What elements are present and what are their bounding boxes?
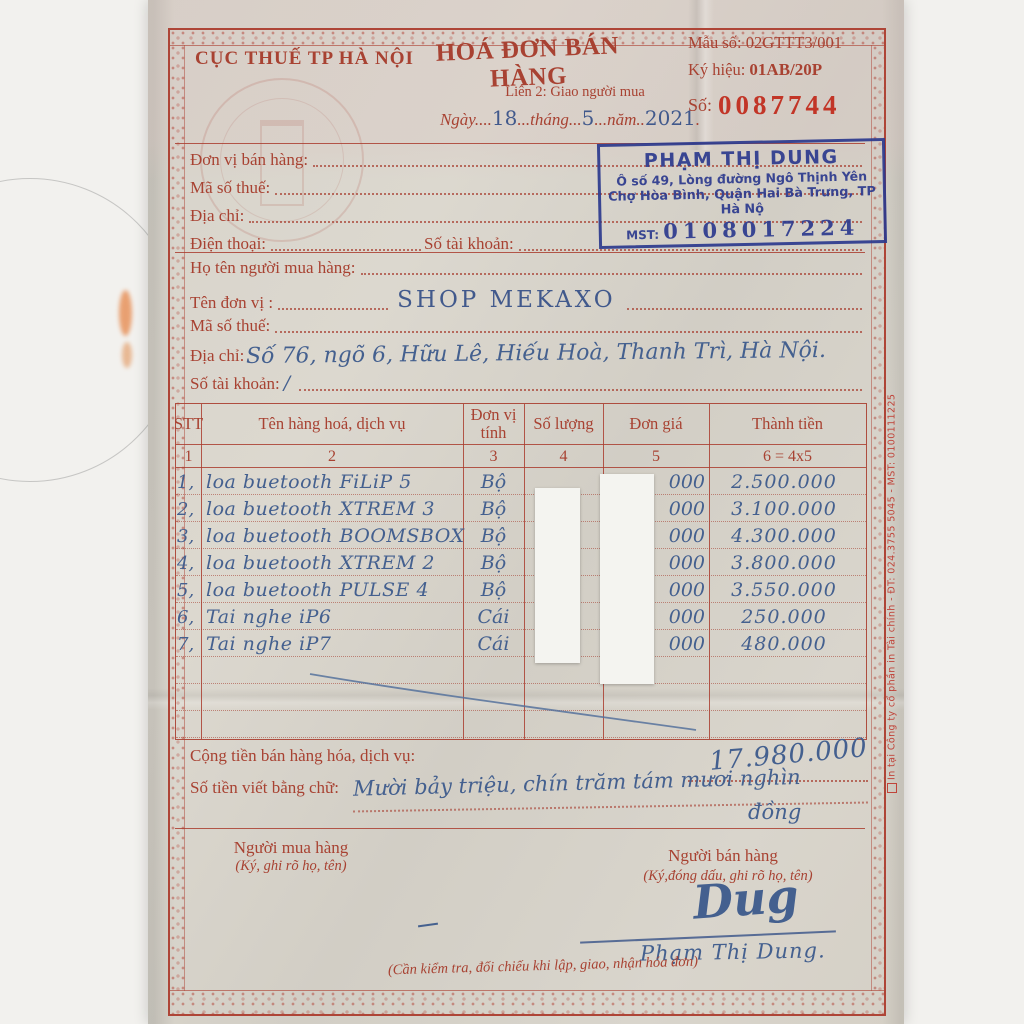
form-label: Mẫu số: (688, 33, 746, 52)
total-line: Cộng tiền bán hàng hóa, dịch vụ: (190, 746, 690, 766)
buyer-signature-title: Người mua hàng (206, 838, 376, 858)
tax-office-name: CỤC THUẾ TP HÀ NỘI (195, 48, 414, 70)
col-header-qty: Số lượng (524, 404, 603, 444)
row-amount: 480.000 (709, 633, 859, 655)
printer-credit-text: In tại Công ty cổ phần in Tài chính - ĐT… (887, 394, 898, 780)
invoice-paper: CỤC THUẾ TP HÀ NỘI HOÁ ĐƠN BÁN HÀNG Liên… (148, 0, 904, 1024)
seller-phone-label: Điện thoại: (190, 234, 266, 254)
row-unit: Bộ (463, 471, 524, 493)
seller-signature-title: Người bán hàng (638, 846, 808, 866)
seller-tax-label: Mã số thuế: (190, 178, 270, 198)
table-row: 7, Tai nghe iP7 Cái 000 480.000 (176, 629, 866, 657)
row-unit: Bộ (463, 579, 524, 601)
buyer-account-value: / (284, 372, 290, 394)
date-month: 5 (582, 106, 595, 130)
amount-in-words-line: Số tiền viết bằng chữ: (190, 778, 350, 798)
buyer-unit-label: Tên đơn vị : (190, 293, 273, 313)
col-header-name: Tên hàng hoá, dịch vụ (201, 404, 463, 444)
goods-table: STT Tên hàng hoá, dịch vụ Đơn vị tính Số… (175, 403, 867, 740)
buyer-signature-note: (Ký, ghi rõ họ, tên) (196, 858, 386, 875)
row-name: loa buetooth FiLiP 5 (206, 471, 412, 493)
buyer-unit-value: SHOP MEKAXO (397, 287, 615, 313)
row-stt: 4, (177, 553, 194, 574)
stamp-mst-line: MST: 0108017224 (602, 214, 884, 245)
col-number: 1 (176, 444, 201, 468)
seller-address-label: Địa chỉ: (190, 206, 244, 226)
serial-value: 01AB/20P (749, 60, 822, 79)
orange-smudge (122, 342, 132, 368)
col-number: 4 (524, 444, 603, 468)
col-number: 5 (603, 444, 709, 468)
seller-account-label: Số tài khoản: (424, 234, 514, 254)
row-name: Tai nghe iP6 (206, 606, 332, 628)
buyer-unit-line: Tên đơn vị : SHOP MEKAXO (190, 287, 865, 313)
form-value: 02GTTT3/001 (746, 33, 842, 52)
row-amount: 4.300.000 (709, 525, 859, 547)
serial-line: Ký hiệu: 01AB/20P (688, 56, 874, 83)
row-name: loa buetooth XTREM 3 (206, 498, 435, 520)
row-stt: 2, (177, 499, 194, 520)
col-number: 3 (463, 444, 524, 468)
stamp-mst-label: MST: (626, 228, 659, 243)
row-unit: Bộ (463, 525, 524, 547)
row-name: loa buetooth BOOMSBOX (206, 525, 464, 547)
col-number: 2 (201, 444, 463, 468)
row-stt: 5, (177, 580, 194, 601)
buyer-tax-label: Mã số thuế: (190, 316, 270, 336)
row-unit: Bộ (463, 552, 524, 574)
date-day: 18 (492, 106, 517, 130)
col-header-price: Đơn giá (603, 404, 709, 444)
row-stt: 7, (177, 634, 194, 655)
section-divider (175, 828, 865, 829)
buyer-account-line: Số tài khoản: / (190, 372, 865, 394)
row-name: loa buetooth XTREM 2 (206, 552, 435, 574)
buyer-name-label: Họ tên người mua hàng: (190, 258, 356, 278)
table-row: 6, Tai nghe iP6 Cái 000 250.000 (176, 602, 866, 630)
row-stt: 3, (177, 526, 194, 547)
seller-unit-label: Đơn vị bán hàng: (190, 150, 308, 170)
row-unit: Bộ (463, 498, 524, 520)
invoice-number: 0087744 (718, 84, 841, 127)
date-prefix: Ngày.... (440, 110, 492, 129)
table-row: 1, loa buetooth FiLiP 5 Bộ 000 2.500.000 (176, 467, 866, 495)
row-amount: 250.000 (709, 606, 859, 628)
date-line: Ngày....18...tháng...5...năm..2021. (420, 106, 720, 130)
col-header-unit: Đơn vị tính (463, 404, 524, 444)
seller-signature: Dug (691, 868, 800, 929)
buyer-address-value: Số 76, ngõ 6, Hữu Lê, Hiếu Hoà, Thanh Tr… (246, 338, 826, 369)
row-amount: 3.800.000 (709, 552, 859, 574)
orange-smudge (119, 290, 132, 336)
stamp-mst-value: 0108017224 (663, 215, 860, 244)
amount-in-words-value-2: đồng (748, 800, 801, 824)
row-amount: 3.550.000 (709, 579, 859, 601)
date-mid2: ...năm.. (594, 110, 645, 129)
table-row: 4, loa buetooth XTREM 2 Bộ 000 3.800.000 (176, 548, 866, 576)
serial-label: Ký hiệu: (688, 60, 749, 79)
table-empty-row (176, 656, 866, 684)
form-number-line: Mẫu số: 02GTTT3/001 (688, 30, 874, 56)
row-amount: 3.100.000 (709, 498, 859, 520)
copy-note: Liên 2: Giao người mua (475, 84, 675, 101)
white-cover-strip (600, 474, 654, 684)
printer-credit: In tại Công ty cổ phần in Tài chính - ĐT… (884, 356, 900, 796)
table-row: 5, loa buetooth PULSE 4 Bộ 000 3.550.000 (176, 575, 866, 603)
row-stt: 1, (177, 472, 194, 493)
amount-in-words-label: Số tiền viết bằng chữ: (190, 778, 339, 798)
buyer-address-line: Địa chỉ: Số 76, ngõ 6, Hữu Lê, Hiếu Hoà,… (190, 341, 865, 366)
total-label: Cộng tiền bán hàng hóa, dịch vụ: (190, 746, 415, 766)
row-unit: Cái (463, 606, 524, 628)
seller-stamp: PHẠM THỊ DUNG Ô số 49, Lòng đường Ngô Th… (597, 138, 887, 249)
table-row: 2, loa buetooth XTREM 3 Bộ 000 3.100.000 (176, 494, 866, 522)
row-name: Tai nghe iP7 (206, 633, 332, 655)
table-empty-row (176, 710, 866, 738)
col-header-stt: STT (176, 404, 201, 444)
row-name: loa buetooth PULSE 4 (206, 579, 429, 601)
lace-border-bottom (170, 990, 884, 1014)
row-amount: 2.500.000 (709, 471, 859, 493)
date-end: . (696, 110, 700, 129)
col-header-amount: Thành tiền (709, 404, 866, 444)
section-divider (175, 252, 865, 253)
buyer-address-label: Địa chỉ: (190, 346, 244, 366)
date-mid1: ...tháng... (517, 110, 581, 129)
white-cover-strip (535, 488, 580, 663)
buyer-tax-line: Mã số thuế: (190, 316, 865, 336)
row-unit: Cái (463, 633, 524, 655)
row-stt: 6, (177, 607, 194, 628)
table-row: 3, loa buetooth BOOMSBOX Bộ 000 4.300.00… (176, 521, 866, 549)
table-empty-row (176, 683, 866, 711)
col-number: 6 = 4x5 (709, 444, 866, 468)
buyer-name-line: Họ tên người mua hàng: (190, 258, 865, 278)
date-year: 2021 (645, 106, 696, 130)
buyer-account-label: Số tài khoản: (190, 374, 280, 394)
printer-icon (887, 783, 897, 793)
